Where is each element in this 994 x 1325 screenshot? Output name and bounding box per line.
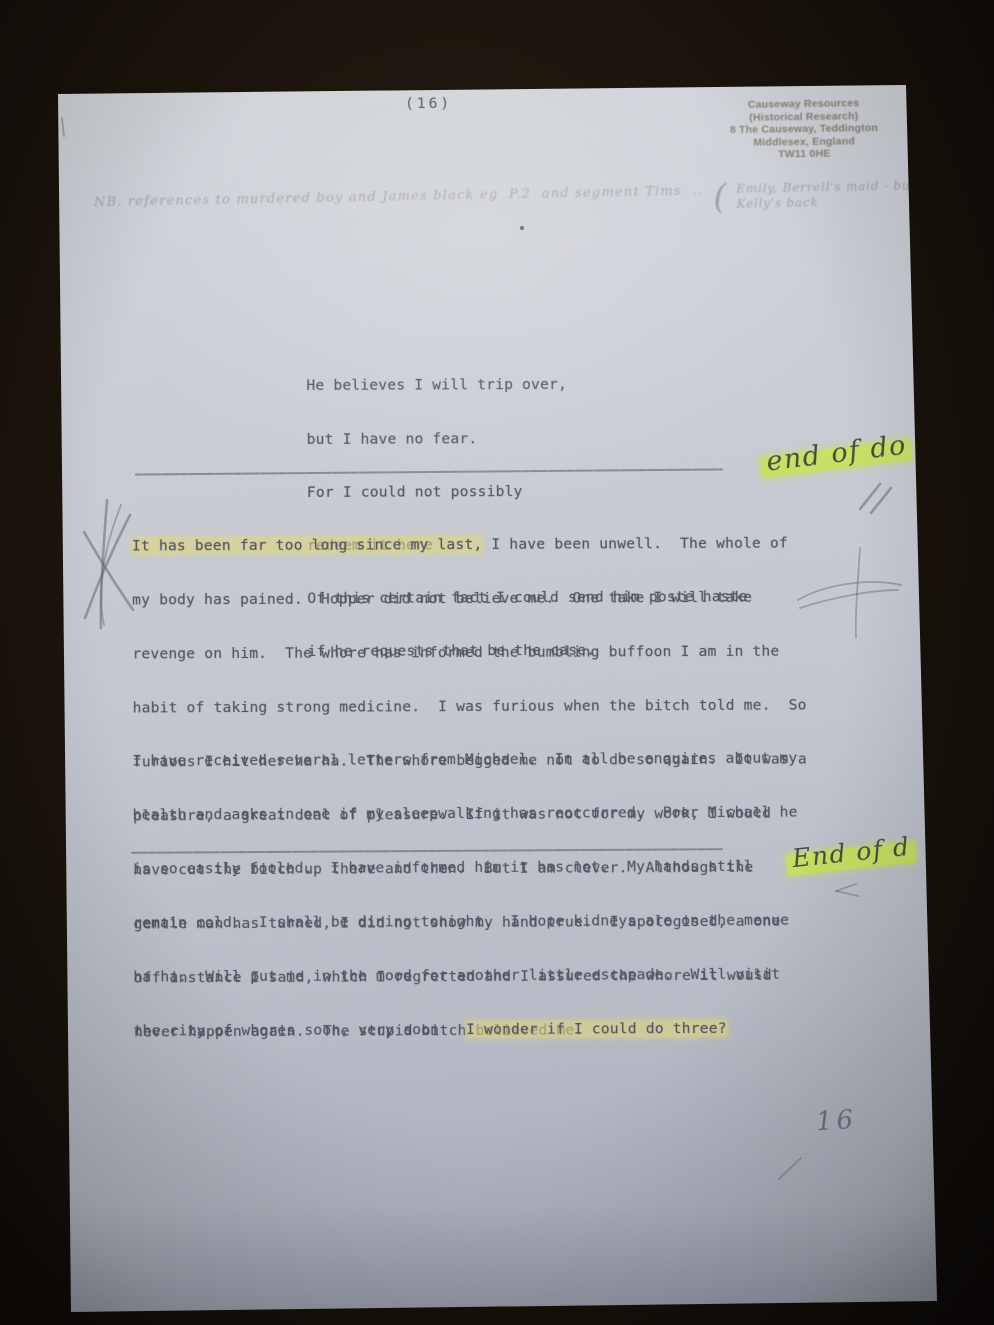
close-paren: ) [926, 173, 940, 213]
document-page: (16) Causeway Resources (Historical Rese… [0, 0, 994, 1325]
poem-line: but I have no fear. [307, 429, 747, 449]
entry-line: health and asks in one if my sleepwalkin… [133, 804, 798, 825]
page-number-bottom: 16 [815, 1105, 858, 1138]
causeway-stamp: Causeway Resources (Historical Research)… [722, 97, 887, 162]
pencil-annotation-text: NB. references to murdered boy and James… [94, 177, 704, 210]
stamp-line: 8 The Causeway, Teddington [722, 122, 886, 137]
margin-note-end-of-d: End of d [791, 832, 912, 873]
pencil-check-mark [0, 0, 10, 10]
pencil-annotation-top: NB. references to murdered boy and James… [94, 173, 940, 229]
pencil-stroke-mark [0, 0, 10, 10]
entry-line: the city of whores soon, very soon. I wo… [134, 1020, 799, 1041]
photo-backdrop: (16) Causeway Resources (Historical Rese… [0, 0, 994, 1325]
paper-edge-mark [0, 0, 10, 10]
highlighted-phrase: I wonder if I could do three? [466, 1020, 727, 1038]
stamp-line: TW11 0HE [722, 147, 886, 162]
page-number-top: (16) [405, 95, 452, 113]
entry-line: remain cold. I shall be dining tonight. … [133, 912, 798, 933]
poem-line: He believes I will trip over, [306, 375, 746, 395]
diary-entry-2: I have received several letters from Mic… [132, 714, 799, 1077]
entry-line: my body has pained. Hopper did not belie… [132, 589, 806, 610]
ink-speck [520, 226, 524, 230]
pencil-loop-mark [0, 0, 10, 10]
pencil-asterisk-mark [0, 0, 10, 10]
entry-line: I have received several letters from Mic… [132, 750, 797, 771]
entry-line: It has been far too long since my last, … [132, 535, 806, 556]
highlighted-phrase: It has been far too long since my last, [132, 536, 483, 555]
pencil-annotation-parenthetical: Emily, Berrell's maid - but Kelly's back [736, 173, 916, 211]
entry-line: revenge on him. The whore has informed t… [132, 643, 806, 664]
entry-line: is so easily fooled. I have informed him… [133, 858, 798, 879]
pencil-slash-marks [0, 0, 10, 10]
entry-line: ha ha. Will put me in the mood for anoth… [133, 966, 798, 987]
open-paren: ( [713, 177, 727, 217]
margin-note-end-of-do: end of do [765, 430, 909, 478]
